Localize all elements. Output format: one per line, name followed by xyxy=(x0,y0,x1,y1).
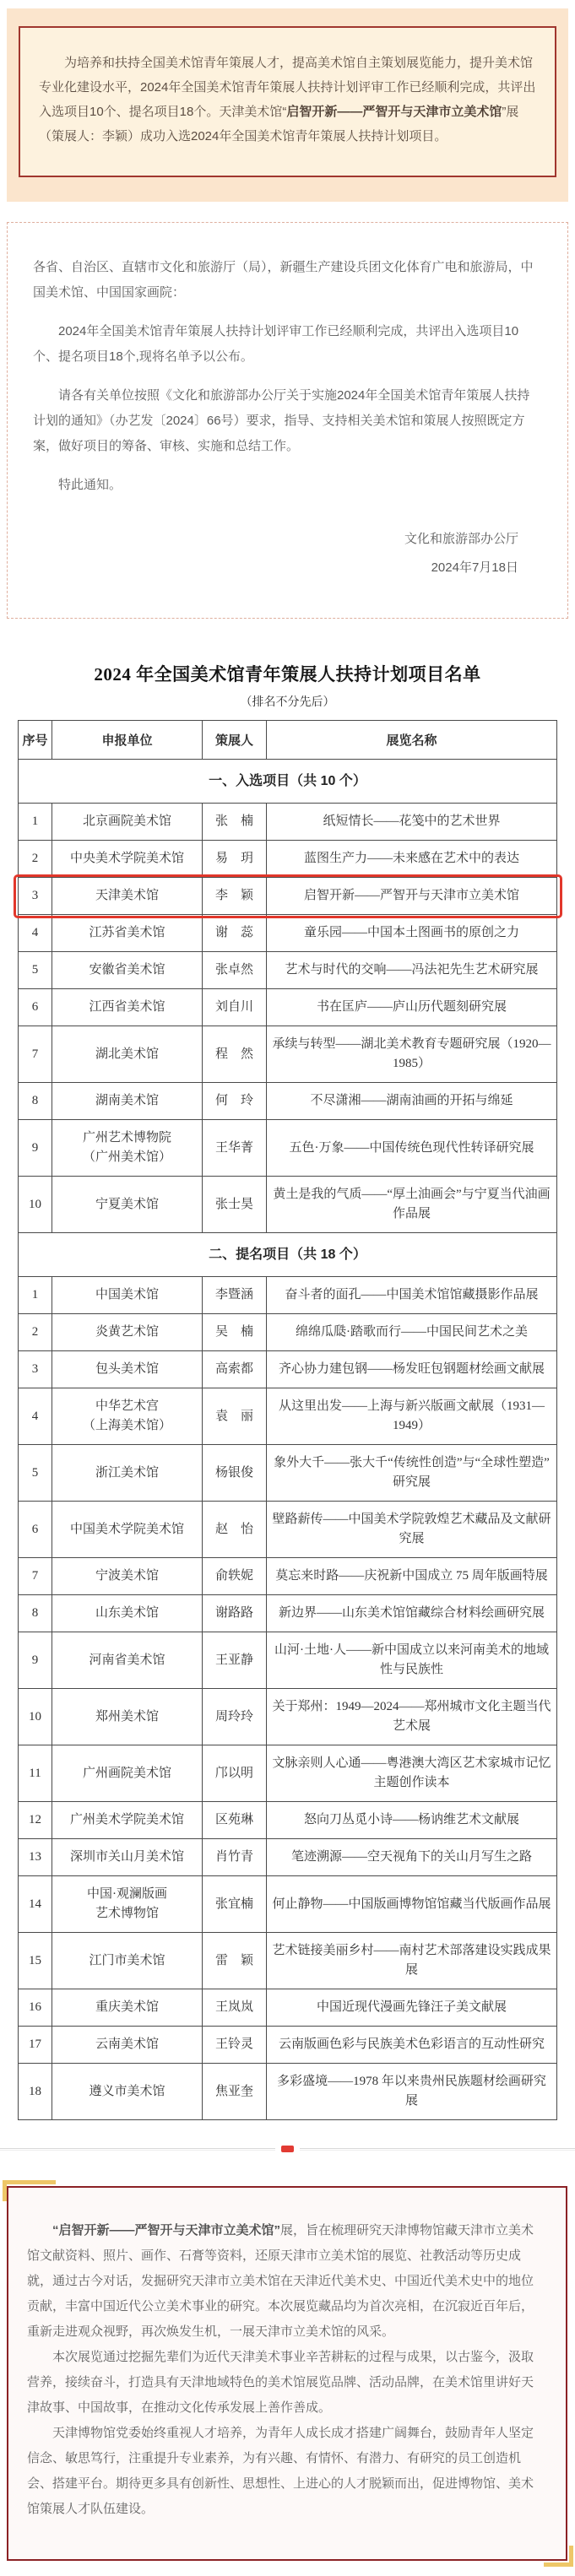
table-row: 2中央美术学院美术馆易 玥蓝图生产力——未来感在艺术中的表达 xyxy=(19,841,557,878)
cell-org: 广州美术学院美术馆 xyxy=(52,1802,203,1839)
cell-curator: 李暨涵 xyxy=(203,1277,267,1314)
cell-title: 山河·土地·人——新中国成立以来河南美术的地域性与民族性 xyxy=(267,1632,557,1689)
cell-title: 书在匡庐——庐山历代题刻研究展 xyxy=(267,989,557,1026)
cell-no: 7 xyxy=(19,1558,52,1595)
cell-curator: 袁 丽 xyxy=(203,1388,267,1445)
footer-paragraph-1-text: 展，旨在梳理研究天津博物馆藏天津市立美术馆文献资料、照片、画作、石膏等资料，还原… xyxy=(27,2223,534,2339)
table-row: 10郑州美术馆周玲玲关于郑州：1949—2024——郑州城市文化主题当代艺术展 xyxy=(19,1689,557,1745)
cell-org: 中国美术学院美术馆 xyxy=(52,1502,203,1558)
cell-org: 江苏省美术馆 xyxy=(52,915,203,952)
cell-curator: 焦亚奎 xyxy=(203,2064,267,2120)
table-row: 11广州画院美术馆邝以明文脉亲则人心通——粤港澳大湾区艺术家城市记忆主题创作读本 xyxy=(19,1745,557,1802)
cell-org: 中央美术学院美术馆 xyxy=(52,841,203,878)
cell-curator: 雷 颖 xyxy=(203,1933,267,1989)
cell-curator: 程 然 xyxy=(203,1026,267,1083)
notice-paragraph-1: 2024年全国美术馆青年策展人扶持计划评审工作已经顺利完成，共评出入选项目10个… xyxy=(33,319,542,370)
header-curator: 策展人 xyxy=(203,721,267,760)
notice-date: 2024年7月18日 xyxy=(33,555,518,581)
table-row: 7宁波美术馆俞轶妮莫忘来时路——庆祝新中国成立 75 周年版画特展 xyxy=(19,1558,557,1595)
exhibition-description-box: “启智开新——严智开与天津市立美术馆”展，旨在梳理研究天津博物馆藏天津市立美术馆… xyxy=(7,2186,567,2561)
cell-no: 13 xyxy=(19,1839,52,1876)
cell-no: 9 xyxy=(19,1120,52,1177)
cell-title: 怒向刀丛觅小诗——杨讷维艺术文献展 xyxy=(267,1802,557,1839)
cell-title: 奋斗者的面孔——中国美术馆馆藏摄影作品展 xyxy=(267,1277,557,1314)
cell-curator: 王岚岚 xyxy=(203,1989,267,2027)
cell-title: 不尽潇湘——湖南油画的开拓与绵延 xyxy=(267,1083,557,1120)
notice-paragraph-2: 请各有关单位按照《文化和旅游部办公厅关于实施2024年全国美术馆青年策展人扶持计… xyxy=(33,383,542,459)
cell-curator: 肖竹青 xyxy=(203,1839,267,1876)
cell-title: 童乐园——中国本土图画书的原创之力 xyxy=(267,915,557,952)
cell-title: 新边界——山东美术馆馆藏综合材料绘画研究展 xyxy=(267,1595,557,1632)
table-row: 5安徽省美术馆张卓然艺术与时代的交响——冯法祀先生艺术研究展 xyxy=(19,952,557,989)
cell-curator: 俞轶妮 xyxy=(203,1558,267,1595)
cell-curator: 易 玥 xyxy=(203,841,267,878)
cell-org: 湖北美术馆 xyxy=(52,1026,203,1083)
footer-paragraph-1: “启智开新——严智开与天津市立美术馆”展，旨在梳理研究天津博物馆藏天津市立美术馆… xyxy=(27,2218,545,2345)
cell-curator: 王华菁 xyxy=(203,1120,267,1177)
table-row: 1北京画院美术馆张 楠纸短情长——花笺中的艺术世界 xyxy=(19,804,557,841)
cell-org: 郑州美术馆 xyxy=(52,1689,203,1745)
cell-org: 宁夏美术馆 xyxy=(52,1177,203,1233)
cell-title: 艺术链接美丽乡村——南村艺术部落建设实践成果展 xyxy=(267,1933,557,1989)
divider-red-chip xyxy=(281,2146,294,2152)
cell-curator: 李 颖 xyxy=(203,878,267,915)
cell-title: 多彩盛境——1978 年以来贵州民族题材绘画研究展 xyxy=(267,2064,557,2120)
footer-paragraph-2: 本次展览通过挖掘先辈们为近代天津美术事业辛苦耕耘的过程与成果，以古鉴今，汲取营养… xyxy=(27,2345,545,2421)
cell-curator: 谢路路 xyxy=(203,1595,267,1632)
cell-org: 山东美术馆 xyxy=(52,1595,203,1632)
cell-no: 18 xyxy=(19,2064,52,2120)
cell-no: 8 xyxy=(19,1083,52,1120)
cell-curator: 区苑琳 xyxy=(203,1802,267,1839)
cell-org: 浙江美术馆 xyxy=(52,1445,203,1502)
cell-org: 天津美术馆 xyxy=(52,878,203,915)
cell-org: 广州艺术博物院 （广州美术馆） xyxy=(52,1120,203,1177)
cell-title: 艺术与时代的交响——冯法祀先生艺术研究展 xyxy=(267,952,557,989)
table-row: 5浙江美术馆杨银俊象外大千——张大千“传统性创造”与“全球性塑造”研究展 xyxy=(19,1445,557,1502)
cell-title: 蓝图生产力——未来感在艺术中的表达 xyxy=(267,841,557,878)
cell-curator: 高索都 xyxy=(203,1351,267,1388)
cell-title: 笔迹溯源——空天视角下的关山月写生之路 xyxy=(267,1839,557,1876)
table-row: 3天津美术馆李 颖启智开新——严智开与天津市立美术馆 xyxy=(19,878,557,915)
table-row: 4中华艺术宫 （上海美术馆）袁 丽从这里出发——上海与新兴版画文献展（1931—… xyxy=(19,1388,557,1445)
cell-no: 1 xyxy=(19,1277,52,1314)
cell-no: 17 xyxy=(19,2027,52,2064)
official-notice-box: 各省、自治区、直辖市文化和旅游厅（局），新疆生产建设兵团文化体育广电和旅游局，中… xyxy=(7,222,568,619)
cell-title: 莫忘来时路——庆祝新中国成立 75 周年版画特展 xyxy=(267,1558,557,1595)
cell-org: 江西省美术馆 xyxy=(52,989,203,1026)
cell-title: 从这里出发——上海与新兴版画文献展（1931—1949） xyxy=(267,1388,557,1445)
footer-exhibition-title: “启智开新——严智开与天津市立美术馆” xyxy=(52,2223,280,2238)
cell-no: 4 xyxy=(19,915,52,952)
table-row: 13深圳市关山月美术馆肖竹青笔迹溯源——空天视角下的关山月写生之路 xyxy=(19,1839,557,1876)
table-row: 17云南美术馆王铃灵云南版画色彩与民族美术色彩语言的互动性研究 xyxy=(19,2027,557,2064)
top-banner-section: 为培养和扶持全国美术馆青年策展人才，提高美术馆自主策划展览能力，提升美术馆专业化… xyxy=(7,8,568,202)
cell-no: 5 xyxy=(19,1445,52,1502)
cell-no: 3 xyxy=(19,878,52,915)
cell-no: 16 xyxy=(19,1989,52,2027)
table-section-row: 二、提名项目（共 18 个） xyxy=(19,1233,557,1277)
table-row: 15江门市美术馆雷 颖艺术链接美丽乡村——南村艺术部落建设实践成果展 xyxy=(19,1933,557,1989)
table-subtitle: （排名不分先后） xyxy=(0,693,575,710)
cell-no: 9 xyxy=(19,1632,52,1689)
table-title: 2024 年全国美术馆青年策展人扶持计划项目名单 xyxy=(17,661,558,686)
cell-curator: 张 楠 xyxy=(203,804,267,841)
cell-curator: 邝以明 xyxy=(203,1745,267,1802)
table-row: 1中国美术馆李暨涵奋斗者的面孔——中国美术馆馆藏摄影作品展 xyxy=(19,1277,557,1314)
cell-no: 6 xyxy=(19,989,52,1026)
cell-title: 黄土是我的气质——“厚土油画会”与宁夏当代油画作品展 xyxy=(267,1177,557,1233)
table-row: 3包头美术馆高索都齐心协力建包钢——杨发旺包钢题材绘画文献展 xyxy=(19,1351,557,1388)
cell-no: 3 xyxy=(19,1351,52,1388)
table-row: 8山东美术馆谢路路新边界——山东美术馆馆藏综合材料绘画研究展 xyxy=(19,1595,557,1632)
section-label: 二、提名项目（共 18 个） xyxy=(19,1233,557,1277)
cell-title: 中国近现代漫画先锋汪子美文献展 xyxy=(267,1989,557,2027)
cell-curator: 谢 蕊 xyxy=(203,915,267,952)
cell-org: 遵义市美术馆 xyxy=(52,2064,203,2120)
section-label: 一、入选项目（共 10 个） xyxy=(19,760,557,804)
table-row: 6江西省美术馆刘自川书在匡庐——庐山历代题刻研究展 xyxy=(19,989,557,1026)
cell-no: 4 xyxy=(19,1388,52,1445)
cell-title: 承续与转型——湖北美术教育专题研究展（1920—1985） xyxy=(267,1026,557,1083)
table-row: 8湖南美术馆何 玲不尽潇湘——湖南油画的开拓与绵延 xyxy=(19,1083,557,1120)
cell-no: 7 xyxy=(19,1026,52,1083)
cell-no: 10 xyxy=(19,1689,52,1745)
table-wrapper: 序号 申报单位 策展人 展览名称 一、入选项目（共 10 个）1北京画院美术馆张… xyxy=(18,720,557,2120)
cell-no: 1 xyxy=(19,804,52,841)
table-row: 6中国美术学院美术馆赵 怡壁路薪传——中国美术学院敦煌艺术藏品及文献研究展 xyxy=(19,1502,557,1558)
table-row: 16重庆美术馆王岚岚中国近现代漫画先锋汪子美文献展 xyxy=(19,1989,557,2027)
cell-title: 绵绵瓜瓞·踏歌而行——中国民间艺术之美 xyxy=(267,1314,557,1351)
section-divider xyxy=(0,2146,575,2152)
cell-curator: 赵 怡 xyxy=(203,1502,267,1558)
cell-curator: 王铃灵 xyxy=(203,2027,267,2064)
cell-no: 8 xyxy=(19,1595,52,1632)
table-header-row: 序号 申报单位 策展人 展览名称 xyxy=(19,721,557,760)
cell-curator: 刘自川 xyxy=(203,989,267,1026)
table-row: 4江苏省美术馆谢 蕊童乐园——中国本土图画书的原创之力 xyxy=(19,915,557,952)
intro-box: 为培养和扶持全国美术馆青年策展人才，提高美术馆自主策划展览能力，提升美术馆专业化… xyxy=(19,26,556,177)
cell-org: 包头美术馆 xyxy=(52,1351,203,1388)
cell-org: 北京画院美术馆 xyxy=(52,804,203,841)
cell-org: 河南省美术馆 xyxy=(52,1632,203,1689)
cell-org: 江门市美术馆 xyxy=(52,1933,203,1989)
header-title: 展览名称 xyxy=(267,721,557,760)
cell-curator: 张宜楠 xyxy=(203,1876,267,1933)
notice-signature: 文化和旅游部办公厅 xyxy=(33,527,518,552)
notice-paragraph-3: 特此通知。 xyxy=(33,473,542,498)
cell-curator: 吴 楠 xyxy=(203,1314,267,1351)
cell-no: 14 xyxy=(19,1876,52,1933)
cell-curator: 何 玲 xyxy=(203,1083,267,1120)
divider-line-right xyxy=(300,2148,575,2151)
cell-title: 关于郑州：1949—2024——郑州城市文化主题当代艺术展 xyxy=(267,1689,557,1745)
cell-no: 5 xyxy=(19,952,52,989)
table-row: 18遵义市美术馆焦亚奎多彩盛境——1978 年以来贵州民族题材绘画研究展 xyxy=(19,2064,557,2120)
cell-title: 纸短情长——花笺中的艺术世界 xyxy=(267,804,557,841)
cell-title: 何止静物——中国版画博物馆馆藏当代版画作品展 xyxy=(267,1876,557,1933)
cell-curator: 张卓然 xyxy=(203,952,267,989)
table-row: 14中国·观澜版画 艺术博物馆张宜楠何止静物——中国版画博物馆馆藏当代版画作品展 xyxy=(19,1876,557,1933)
cell-no: 6 xyxy=(19,1502,52,1558)
header-no: 序号 xyxy=(19,721,52,760)
cell-org: 炎黄艺术馆 xyxy=(52,1314,203,1351)
table-row: 10宁夏美术馆张士昊黄土是我的气质——“厚土油画会”与宁夏当代油画作品展 xyxy=(19,1177,557,1233)
cell-curator: 张士昊 xyxy=(203,1177,267,1233)
notice-salutation: 各省、自治区、直辖市文化和旅游厅（局），新疆生产建设兵团文化体育广电和旅游局，中… xyxy=(33,255,542,306)
cell-no: 11 xyxy=(19,1745,52,1802)
header-org: 申报单位 xyxy=(52,721,203,760)
cell-org: 重庆美术馆 xyxy=(52,1989,203,2027)
table-row: 9广州艺术博物院 （广州美术馆）王华菁五色·万象——中国传统色现代性转译研究展 xyxy=(19,1120,557,1177)
cell-org: 中国美术馆 xyxy=(52,1277,203,1314)
cell-org: 安徽省美术馆 xyxy=(52,952,203,989)
intro-paragraph: 为培养和扶持全国美术馆青年策展人才，提高美术馆自主策划展览能力，提升美术馆专业化… xyxy=(39,51,536,149)
cell-title: 壁路薪传——中国美术学院敦煌艺术藏品及文献研究展 xyxy=(267,1502,557,1558)
cell-org: 广州画院美术馆 xyxy=(52,1745,203,1802)
table-section-row: 一、入选项目（共 10 个） xyxy=(19,760,557,804)
cell-title: 文脉亲则人心通——粤港澳大湾区艺术家城市记忆主题创作读本 xyxy=(267,1745,557,1802)
cell-title: 齐心协力建包钢——杨发旺包钢题材绘画文献展 xyxy=(267,1351,557,1388)
cell-org: 中华艺术宫 （上海美术馆） xyxy=(52,1388,203,1445)
cell-org: 深圳市关山月美术馆 xyxy=(52,1839,203,1876)
cell-no: 12 xyxy=(19,1802,52,1839)
cell-org: 云南美术馆 xyxy=(52,2027,203,2064)
table-row: 2炎黄艺术馆吴 楠绵绵瓜瓞·踏歌而行——中国民间艺术之美 xyxy=(19,1314,557,1351)
cell-org: 湖南美术馆 xyxy=(52,1083,203,1120)
cell-curator: 杨银俊 xyxy=(203,1445,267,1502)
divider-line-left xyxy=(0,2148,275,2151)
intro-exhibition-title: 启智开新——严智开与天津市立美术馆 xyxy=(286,105,502,119)
table-row: 9河南省美术馆王亚静山河·土地·人——新中国成立以来河南美术的地域性与民族性 xyxy=(19,1632,557,1689)
cell-no: 2 xyxy=(19,841,52,878)
footer-paragraph-3: 天津博物馆党委始终重视人才培养，为青年人成长成才搭建广阔舞台，鼓励青年人坚定信念… xyxy=(27,2421,545,2522)
cell-org: 中国·观澜版画 艺术博物馆 xyxy=(52,1876,203,1933)
cell-curator: 周玲玲 xyxy=(203,1689,267,1745)
cell-title: 象外大千——张大千“传统性创造”与“全球性塑造”研究展 xyxy=(267,1445,557,1502)
cell-title: 启智开新——严智开与天津市立美术馆 xyxy=(267,878,557,915)
project-table: 序号 申报单位 策展人 展览名称 一、入选项目（共 10 个）1北京画院美术馆张… xyxy=(18,720,557,2120)
cell-org: 宁波美术馆 xyxy=(52,1558,203,1595)
cell-curator: 王亚静 xyxy=(203,1632,267,1689)
cell-title: 五色·万象——中国传统色现代性转译研究展 xyxy=(267,1120,557,1177)
cell-no: 15 xyxy=(19,1933,52,1989)
cell-title: 云南版画色彩与民族美术色彩语言的互动性研究 xyxy=(267,2027,557,2064)
cell-no: 2 xyxy=(19,1314,52,1351)
cell-no: 10 xyxy=(19,1177,52,1233)
table-row: 12广州美术学院美术馆区苑琳怒向刀丛觅小诗——杨讷维艺术文献展 xyxy=(19,1802,557,1839)
table-row: 7湖北美术馆程 然承续与转型——湖北美术教育专题研究展（1920—1985） xyxy=(19,1026,557,1083)
